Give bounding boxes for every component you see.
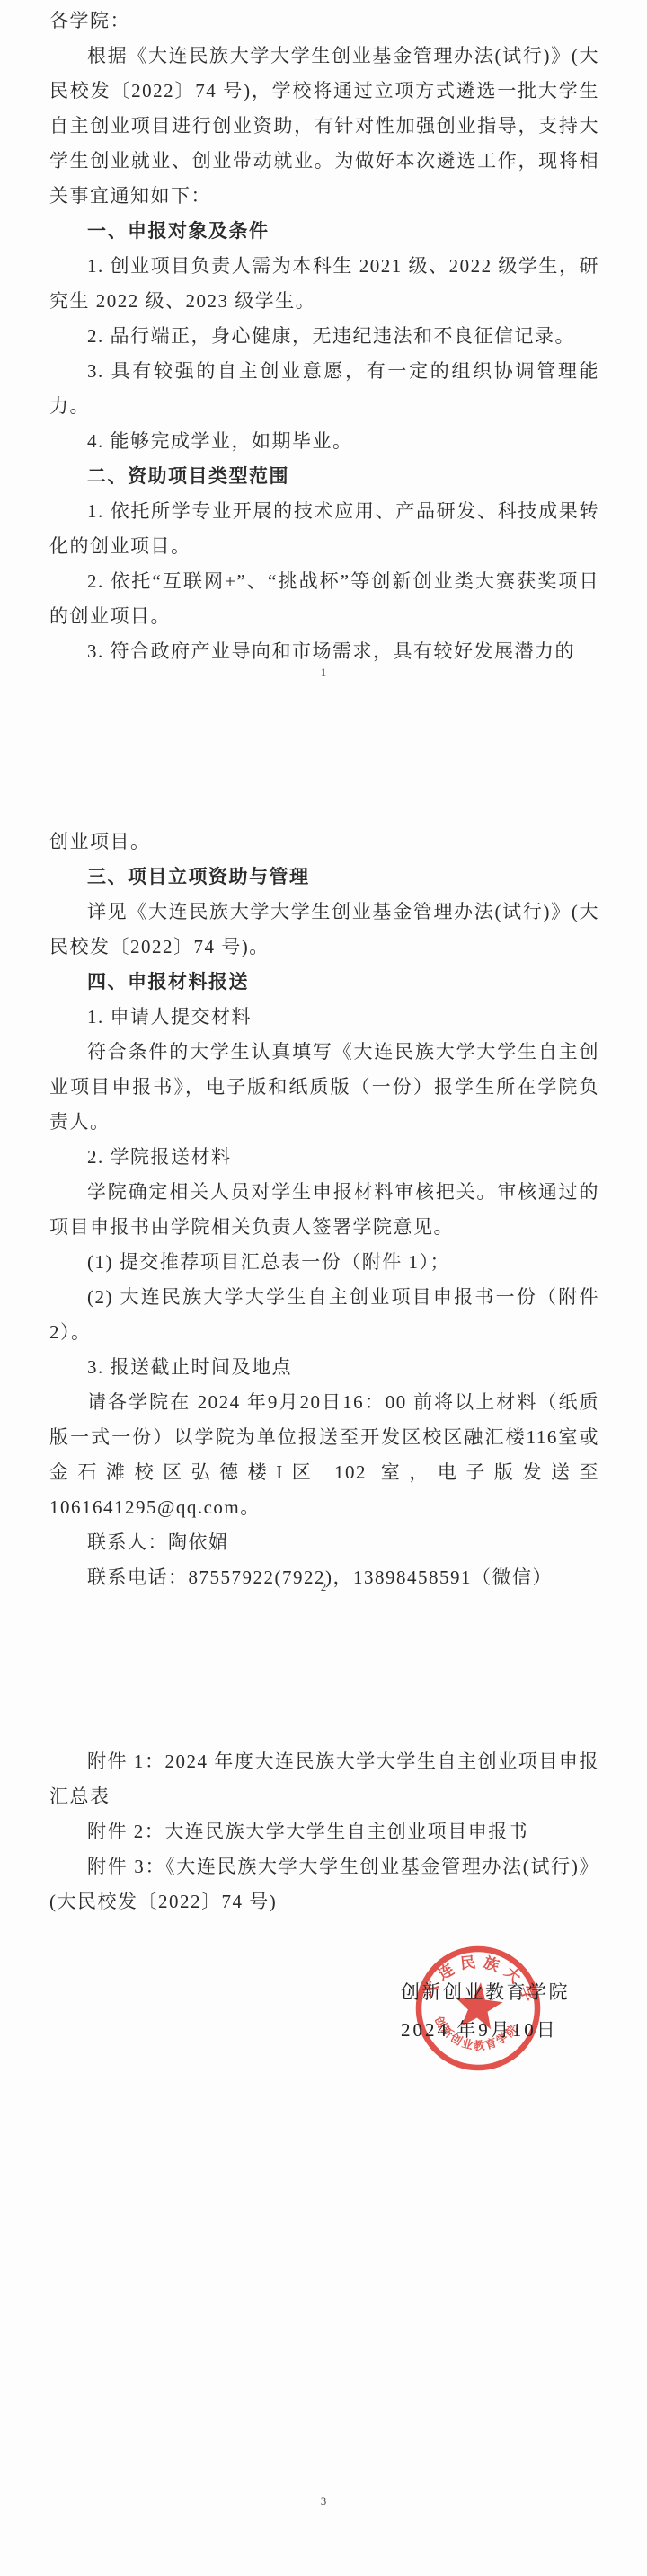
section-4-item-2-sub-2: (2) 大连民族大学大学生自主创业项目申报书一份（附件 2）。	[49, 1280, 599, 1350]
attachment-1: 附件 1：2024 年度大连民族大学大学生自主创业项目申报汇总表	[49, 1744, 599, 1814]
section-4-item-3-body: 请各学院在 2024 年9月20日16：00 前将以上材料（纸质版一式一份）以学…	[49, 1385, 599, 1525]
section-1-heading: 一、申报对象及条件	[49, 214, 599, 249]
section-2-heading: 二、资助项目类型范围	[49, 459, 599, 494]
salutation: 各学院：	[49, 4, 599, 39]
page-3-body: 附件 1：2024 年度大连民族大学大学生自主创业项目申报汇总表 附件 2：大连…	[49, 1744, 599, 1919]
section-1-item-1: 1. 创业项目负责人需为本科生 2021 级、2022 级学生，研究生 2022…	[49, 249, 599, 319]
attachment-2: 附件 2：大连民族大学大学生自主创业项目申报书	[49, 1814, 599, 1849]
page-1-body: 各学院： 根据《大连民族大学大学生创业基金管理办法(试行)》(大民校发〔2022…	[49, 4, 599, 669]
section-2-item-2: 2. 依托“互联网+”、“挑战杯”等创新创业类大赛获奖项目的创业项目。	[49, 564, 599, 634]
section-4-item-3-heading: 3. 报送截止时间及地点	[49, 1350, 599, 1385]
contact-person: 联系人：陶依媚	[49, 1525, 599, 1560]
page-2-body: 创业项目。 三、项目立项资助与管理 详见《大连民族大学大学生创业基金管理办法(试…	[49, 825, 599, 1595]
section-4-heading: 四、申报材料报送	[49, 965, 599, 1000]
issue-date: 2024 年9月10日	[401, 2016, 558, 2042]
page-number-1: 1	[0, 665, 647, 681]
issuing-department: 创新创业教育学院	[401, 1978, 570, 2005]
section-4-item-1-heading: 1. 申请人提交材料	[49, 1000, 599, 1035]
page-number-3: 3	[0, 2493, 647, 2510]
section-4-item-2-sub-1: (1) 提交推荐项目汇总表一份（附件 1）；	[49, 1245, 599, 1280]
section-1-item-2: 2. 品行端正，身心健康，无违纪违法和不良征信记录。	[49, 319, 599, 354]
page-number-2: 2	[0, 1579, 647, 1595]
section-2-item-1: 1. 依托所学专业开展的技术应用、产品研发、科技成果转化的创业项目。	[49, 494, 599, 564]
section-2-item-3-continued: 创业项目。	[49, 825, 599, 860]
intro-paragraph: 根据《大连民族大学大学生创业基金管理办法(试行)》(大民校发〔2022〕74 号…	[49, 39, 599, 214]
section-1-item-4: 4. 能够完成学业，如期毕业。	[49, 424, 599, 459]
section-4-item-2-heading: 2. 学院报送材料	[49, 1140, 599, 1175]
section-1-item-3: 3. 具有较强的自主创业意愿，有一定的组织协调管理能力。	[49, 354, 599, 424]
official-seal: 大连民族大学 创新创业教育学院	[403, 1933, 553, 2083]
notice-document: 各学院： 根据《大连民族大学大学生创业基金管理办法(试行)》(大民校发〔2022…	[0, 0, 647, 2576]
attachment-3: 附件 3：《大连民族大学大学生创业基金管理办法(试行)》(大民校发〔2022〕7…	[49, 1849, 599, 1919]
section-4-item-1-body: 符合条件的大学生认真填写《大连民族大学大学生自主创业项目申报书》，电子版和纸质版…	[49, 1035, 599, 1140]
section-3-heading: 三、项目立项资助与管理	[49, 860, 599, 895]
section-3-body: 详见《大连民族大学大学生创业基金管理办法(试行)》(大民校发〔2022〕74 号…	[49, 895, 599, 965]
section-4-item-2-body: 学院确定相关人员对学生申报材料审核把关。审核通过的项目申报书由学院相关负责人签署…	[49, 1175, 599, 1245]
